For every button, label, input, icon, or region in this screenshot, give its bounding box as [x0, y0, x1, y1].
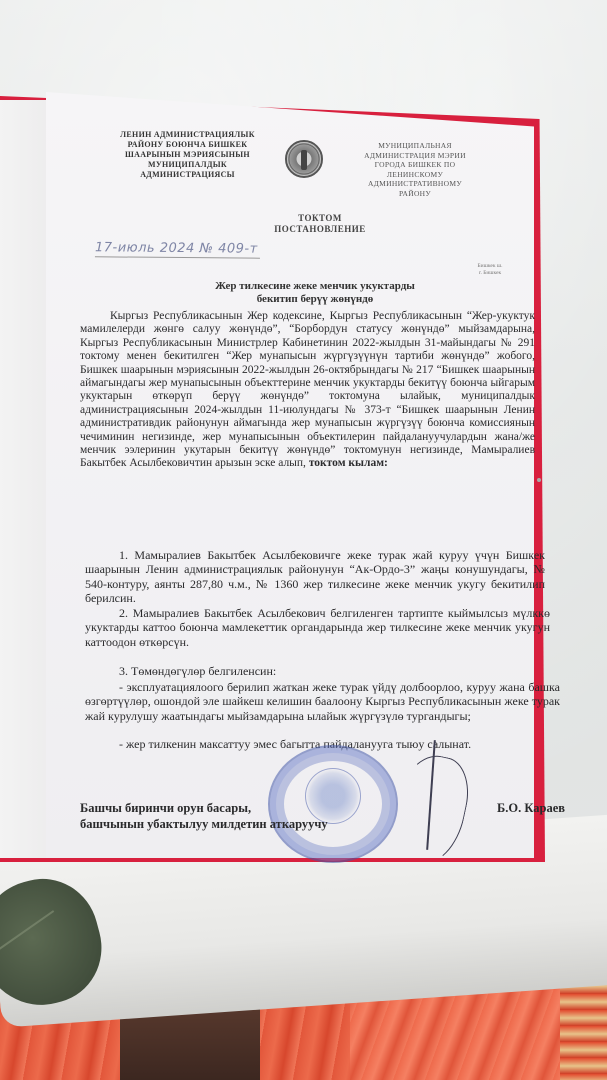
header-left-kyrgyz: ЛЕНИН АДМИНИСТРАЦИЯЛЫК РАЙОНУ БОЮНЧА БИШ… [100, 130, 275, 180]
city-note: Бишкек ш. г. Бишкек [465, 263, 515, 277]
position-line: башчынын убактылуу милдетин аткаруучу [80, 816, 410, 832]
decree-item-1: 1. Мамыралиев Бакытбек Асылбековичге жек… [85, 548, 545, 605]
decree-subitem-1: - эксплуатациялоого берилип жаткан жеке … [85, 680, 560, 723]
subitem-text: - эксплуатациялоого берилип жаткан жеке … [85, 680, 560, 723]
header-right-russian: МУНИЦИПАЛЬНАЯ АДМИНИСТРАЦИЯ МЭРИИ ГОРОДА… [335, 141, 495, 198]
subject-line: Жер тилкесине жеке менчик укуктарды [180, 280, 450, 293]
subject-line: бекитип берүү жөнүндө [180, 293, 450, 306]
header-right-line: МУНИЦИПАЛЬНАЯ [335, 141, 495, 151]
header-right-line: ГОРОДА БИШКЕК ПО [335, 160, 495, 170]
preamble-paragraph: Кыргыз Республикасынын Жер кодексине, Кы… [80, 310, 535, 471]
item-text: Төмөндөгүлөр белгиленсин: [131, 664, 276, 678]
document-content: ЛЕНИН АДМИНИСТРАЦИЯЛЫК РАЙОНУ БОЮНЧА БИШ… [0, 0, 607, 1080]
header-right-line: АДМИНИСТРАЦИЯ МЭРИИ [335, 151, 495, 161]
subitem-text: - жер тилкенин максаттуу эмес багытта па… [119, 737, 471, 751]
handwritten-date-number: 17-июль 2024 № 409-т [95, 240, 260, 258]
ink-dot [537, 478, 541, 482]
header-right-line: РАЙОНУ [335, 189, 495, 199]
city-note-line: г. Бишкек [465, 270, 515, 277]
item-number: 1. [119, 548, 128, 562]
item-text: Мамыралиев Бакытбек Асылбекович белгилен… [85, 606, 550, 649]
decree-item-2: 2. Мамыралиев Бакытбек Асылбекович белги… [85, 606, 550, 649]
signatory-name: Б.О. Караев [497, 801, 565, 816]
title-kyrgyz: ТОКТОМ [200, 213, 440, 224]
resolution-phrase: токтом кылам: [309, 457, 388, 469]
header-left-line: АДМИНИСТРАЦИЯСЫ [100, 170, 275, 180]
signatory-position: Башчы биринчи орун басары, башчынын убак… [80, 800, 410, 832]
header-left-line: ШААРЫНЫН МЭРИЯСЫНЫН [100, 150, 275, 160]
position-line: Башчы биринчи орун басары, [80, 800, 410, 816]
item-text: Мамыралиев Бакытбек Асылбековичге жеке т… [85, 548, 545, 605]
title-russian: ПОСТАНОВЛЕНИЕ [200, 224, 440, 235]
header-right-line: ЛЕНИНСКОМУ [335, 170, 495, 180]
item-number: 2. [119, 606, 128, 620]
header-right-line: АДМИНИСТРАТИВНОМУ [335, 179, 495, 189]
emblem-center-icon [301, 150, 307, 170]
header-left-line: ЛЕНИН АДМИНИСТРАЦИЯЛЫК [100, 130, 275, 140]
preamble-text: Кыргыз Республикасынын Жер кодексине, Кы… [80, 310, 535, 469]
item-number: 3. [119, 664, 128, 678]
document-title: ТОКТОМ ПОСТАНОВЛЕНИЕ [200, 213, 440, 235]
decree-item-3: 3. Төмөндөгүлөр белгиленсин: [85, 664, 555, 678]
decree-subject: Жер тилкесине жеке менчик укуктарды беки… [180, 280, 450, 306]
city-note-line: Бишкек ш. [465, 263, 515, 270]
header-left-line: МУНИЦИПАЛДЫК [100, 160, 275, 170]
header-left-line: РАЙОНУ БОЮНЧА БИШКЕК [100, 140, 275, 150]
